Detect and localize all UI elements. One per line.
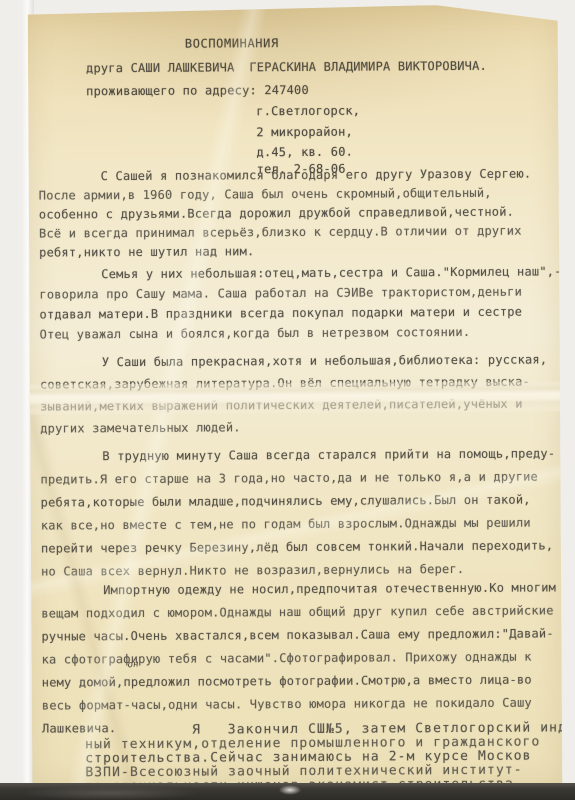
paragraph: У Саши была прекрасная,хотя и небольшая,… — [40, 348, 548, 439]
text-line: как все,но вместе с тем,не по годам был … — [41, 511, 556, 537]
text-line: нему домой,предложил посмотреть фотограф… — [42, 668, 557, 694]
text-line: весь формат-часы,одни часы. Чувство юмор… — [42, 691, 557, 717]
text-line: В трудную минуту Саша всегда старался пр… — [40, 442, 555, 468]
text-line: других замечательных людей. — [40, 414, 548, 439]
text-line: Отец уважал сына и боялся,когда был в не… — [40, 321, 562, 344]
address-intro: проживающего по адресу: 247400 — [86, 83, 309, 98]
address-line: г.Светлогорск, — [256, 104, 360, 119]
handwritten-insertion: он — [127, 660, 139, 671]
memoir-title: ВОСПОМИНАНИЯ — [185, 36, 279, 51]
paper-sheet: ВОСПОМИНАНИЯ друга САШИ ЛАШКЕВИЧА ГЕРАСК… — [28, 4, 563, 786]
paragraph: В трудную минуту Саша всегда старался пр… — [40, 442, 556, 583]
memoir-subtitle: друга САШИ ЛАШКЕВИЧА ГЕРАСКИНА ВЛАДИМИРА… — [86, 59, 487, 75]
text-line: перейти через речку Березину,лёд был сов… — [41, 534, 556, 560]
text-line: вещам подходил с юмором.Однажды наш общи… — [41, 599, 556, 625]
text-line: ка сфотографирую тебя с часами".Сфотогра… — [42, 645, 557, 671]
paragraph: С Сашей я познакомился благодаря его дру… — [39, 165, 532, 263]
address-line: 2 микрорайон, — [256, 125, 353, 140]
text-line: ребят,никто не шутил над ним. — [39, 241, 532, 263]
text-line: ребята,которые были младше,подчинялись е… — [41, 488, 556, 514]
text-line: зываний,метких выражений политических де… — [40, 392, 548, 417]
text-line: Импортную одежду не носил,предпочитая от… — [41, 576, 556, 602]
scanner-band — [0, 783, 575, 800]
text-line: советская,зарубежная литература.Он вёл с… — [40, 370, 548, 395]
address-block: г.Светлогорск, 2 микрорайон, д.45, кв. 6… — [28, 4, 558, 7]
text-line: ручные часы.Очень хвастался,всем показыв… — [41, 622, 556, 648]
address-line: д.45, кв. 60. — [256, 145, 353, 160]
document-photo: ВОСПОМИНАНИЯ друга САШИ ЛАШКЕВИЧА ГЕРАСК… — [0, 0, 575, 800]
text-line: предить.Я его старше на 3 года,но часто,… — [40, 465, 555, 491]
paragraph: Семья у них небольшая:отец,мать,сестра и… — [39, 261, 562, 344]
paragraph: Импортную одежду не носил,предпочитая от… — [41, 576, 557, 740]
text-line: У Саши была прекрасная,хотя и небольшая,… — [40, 348, 548, 373]
